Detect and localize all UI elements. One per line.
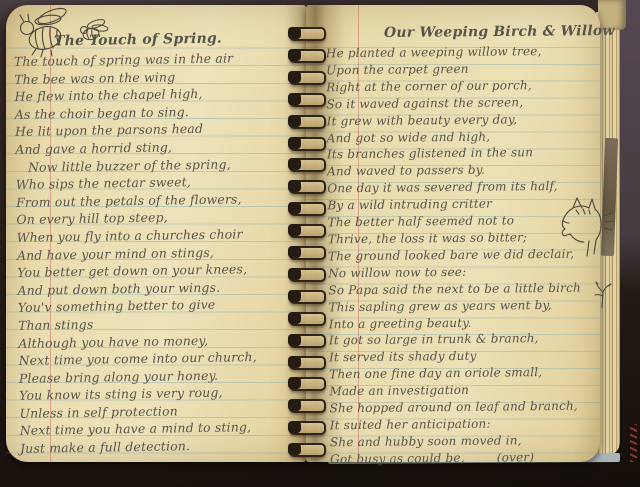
binding-ring [289, 377, 326, 391]
binding-ring [289, 334, 326, 348]
binding-ring [289, 443, 326, 457]
binding-ring [289, 93, 326, 107]
handwritten-line: Just make a full detection. [20, 436, 258, 457]
binding-ring [289, 290, 326, 304]
handwritten-line: She hopped around on leaf and branch, [330, 398, 583, 418]
binding-ring [289, 49, 326, 63]
binding-ring [289, 137, 326, 151]
left-page-title: The Touch of Spring. [54, 31, 222, 50]
binding-ring [289, 115, 326, 129]
red-edge-marks [630, 424, 637, 462]
handwritten-line: Next time you come into our church, [19, 348, 257, 369]
binding-ring [289, 421, 326, 435]
handwritten-line: He planted a weeping willow tree, [326, 43, 579, 63]
binding-ring [289, 356, 326, 370]
binding-ring [289, 71, 326, 85]
binding-ring [289, 27, 326, 41]
binding-ring [289, 224, 326, 238]
left-page: The Touch of Spring. The touch of spring… [6, 5, 306, 462]
binding-ring [289, 246, 326, 260]
binding-ring [289, 399, 326, 413]
left-page-poem: The touch of spring was in the airThe be… [14, 49, 258, 457]
handwritten-line: Got busy as could be, (over) [330, 448, 583, 468]
handwritten-line: So Papa said the next to be a little bir… [328, 279, 581, 299]
binding-ring [289, 268, 326, 282]
handwritten-line: The ground looked bare we did declair, [328, 246, 581, 266]
binding-ring [289, 202, 326, 216]
right-page-title: Our Weeping Birch & Willow [384, 23, 615, 41]
handwritten-line: This sapling grew as years went by, [328, 296, 581, 316]
handwritten-line: One day it was severed from its half, [327, 178, 580, 198]
right-page: Our Weeping Birch & Willow He planted a … [306, 5, 600, 462]
handwritten-line: The touch of spring was in the air [14, 49, 252, 70]
handwritten-line: You know its sting is very roug, [19, 383, 257, 404]
background-right [618, 0, 640, 292]
handwritten-line: When you fly into a churches choir [17, 225, 255, 246]
notebook-photo: The Touch of Spring. The touch of spring… [0, 0, 640, 487]
right-page-poem: He planted a weeping willow tree,Upon th… [326, 43, 583, 468]
binding-ring [289, 158, 326, 172]
binding-ring [289, 312, 326, 326]
binding-ring [289, 180, 326, 194]
spiral-binding [289, 0, 329, 487]
